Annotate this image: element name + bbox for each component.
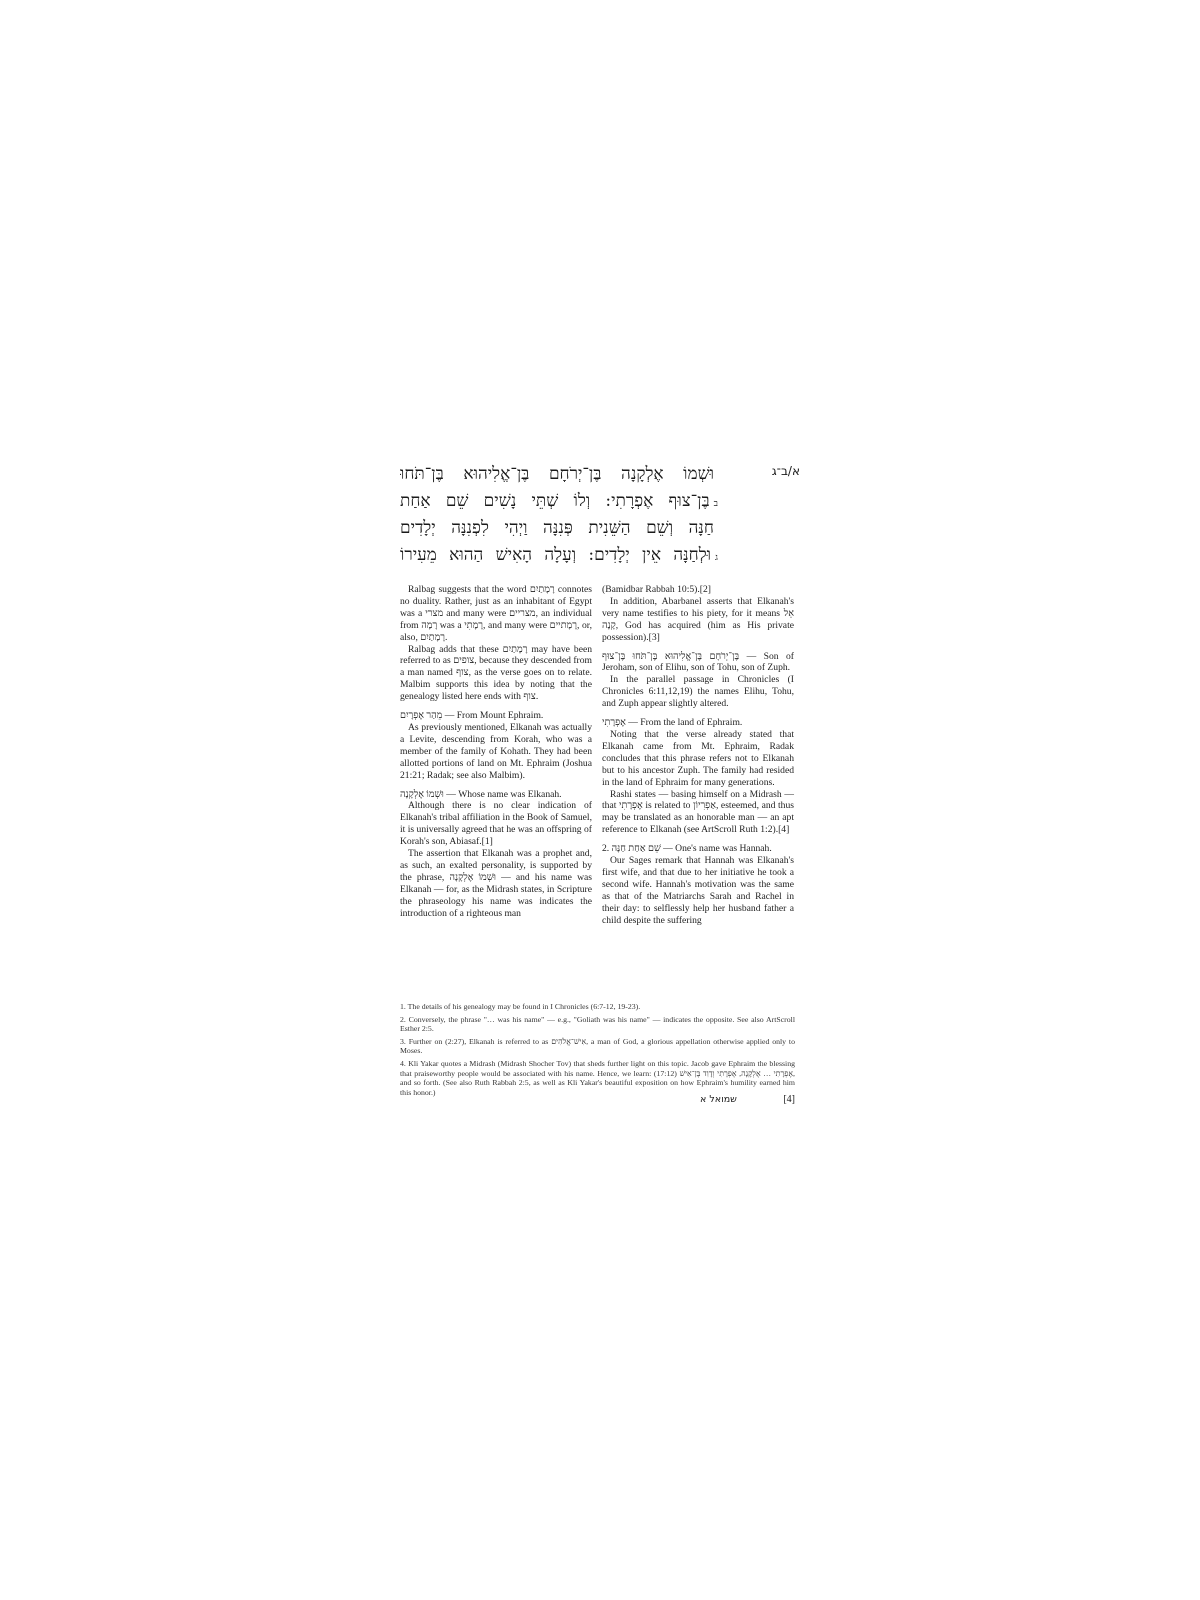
verse-text: וּלְחַנָּה אֵין יְלָדִים: וְעָלָה הָאִיש…: [400, 545, 711, 565]
chapter-verse-reference: א/ב־ג: [772, 464, 800, 478]
commentary-paragraph: In the parallel passage in Chronicles (I…: [602, 674, 794, 710]
commentary-paragraph: (Bamidbar Rabbah 10:5).[2]: [602, 584, 794, 596]
page-number: [4]: [783, 1094, 795, 1105]
commentary-lemma: 2. שֵׁם אַחַת חַנָּה — One's name was Ha…: [602, 843, 794, 855]
running-head: שמואל א: [700, 1094, 737, 1105]
verse-text: חַנָּה וְשֵׁם הַשֵּׁנִית פְּנִנָּה וַיְה…: [400, 518, 714, 538]
book-page: א/ב־ג וּשְׁמוֹ אֶלְקָנָה בֶּן־יְרֹחָם בֶ…: [0, 0, 1200, 1600]
commentary-columns: Ralbag suggests that the word רָמָתַיִם …: [400, 584, 795, 926]
commentary-lemma: אֶפְרָתִי — From the land of Ephraim.: [602, 717, 794, 729]
page-footer: שמואל א [4]: [700, 1094, 795, 1105]
hebrew-verse-block: א/ב־ג וּשְׁמוֹ אֶלְקָנָה בֶּן־יְרֹחָם בֶ…: [400, 462, 800, 572]
commentary-paragraph: The assertion that Elkanah was a prophet…: [400, 848, 592, 919]
commentary-left-column: Ralbag suggests that the word רָמָתַיִם …: [400, 584, 592, 926]
commentary-paragraph: Ralbag adds that these רָמָתַיִם may hav…: [400, 644, 592, 704]
footnotes: 1. The details of his genealogy may be f…: [400, 1002, 795, 1100]
verse-line: וּשְׁמוֹ אֶלְקָנָה בֶּן־יְרֹחָם בֶּן־אֱל…: [400, 462, 718, 489]
commentary-paragraph: Noting that the verse already stated tha…: [602, 729, 794, 789]
verse-number: ג: [715, 553, 718, 563]
commentary-paragraph: Ralbag suggests that the word רָמָתַיִם …: [400, 584, 592, 644]
commentary-right-column: (Bamidbar Rabbah 10:5).[2] In addition, …: [602, 584, 794, 926]
verse-lines: וּשְׁמוֹ אֶלְקָנָה בֶּן־יְרֹחָם בֶּן־אֱל…: [400, 462, 718, 570]
commentary-paragraph: As previously mentioned, Elkanah was act…: [400, 722, 592, 782]
verse-line: בבֶּן־צוּף אֶפְרָתִי: וְלוֹ שְׁתֵּי נָשִ…: [400, 489, 718, 516]
commentary-paragraph: In addition, Abarbanel asserts that Elka…: [602, 596, 794, 644]
verse-text: בֶּן־צוּף אֶפְרָתִי: וְלוֹ שְׁתֵּי נָשִׁ…: [400, 491, 710, 511]
commentary-lemma: מֵהַר אֶפְרָיִם — From Mount Ephraim.: [400, 710, 592, 722]
verse-text: וּשְׁמוֹ אֶלְקָנָה בֶּן־יְרֹחָם בֶּן־אֱל…: [400, 464, 714, 484]
commentary-paragraph: Rashi states — basing himself on a Midra…: [602, 789, 794, 837]
footnote: 2. Conversely, the phrase "… was his nam…: [400, 1015, 795, 1034]
footnote: 3. Further on (2:27), Elkanah is referre…: [400, 1037, 795, 1056]
commentary-paragraph: Our Sages remark that Hannah was Elkanah…: [602, 855, 794, 926]
commentary-paragraph: Although there is no clear indication of…: [400, 800, 592, 848]
commentary-lemma: וּשְׁמוֹ אֶלְקָנָה — Whose name was Elka…: [400, 789, 592, 801]
commentary-lemma: בֶּן־יְרֹחָם בֶּן־אֱלִיהוּא בֶּן־תֹּחוּ …: [602, 651, 794, 675]
verse-line: גוּלְחַנָּה אֵין יְלָדִים: וְעָלָה הָאִי…: [400, 543, 718, 570]
verse-line: חַנָּה וְשֵׁם הַשֵּׁנִית פְּנִנָּה וַיְה…: [400, 516, 718, 543]
footnote: 4. Kli Yakar quotes a Midrash (Midrash S…: [400, 1059, 795, 1097]
footnote: 1. The details of his genealogy may be f…: [400, 1002, 795, 1012]
verse-number: ב: [714, 499, 718, 509]
